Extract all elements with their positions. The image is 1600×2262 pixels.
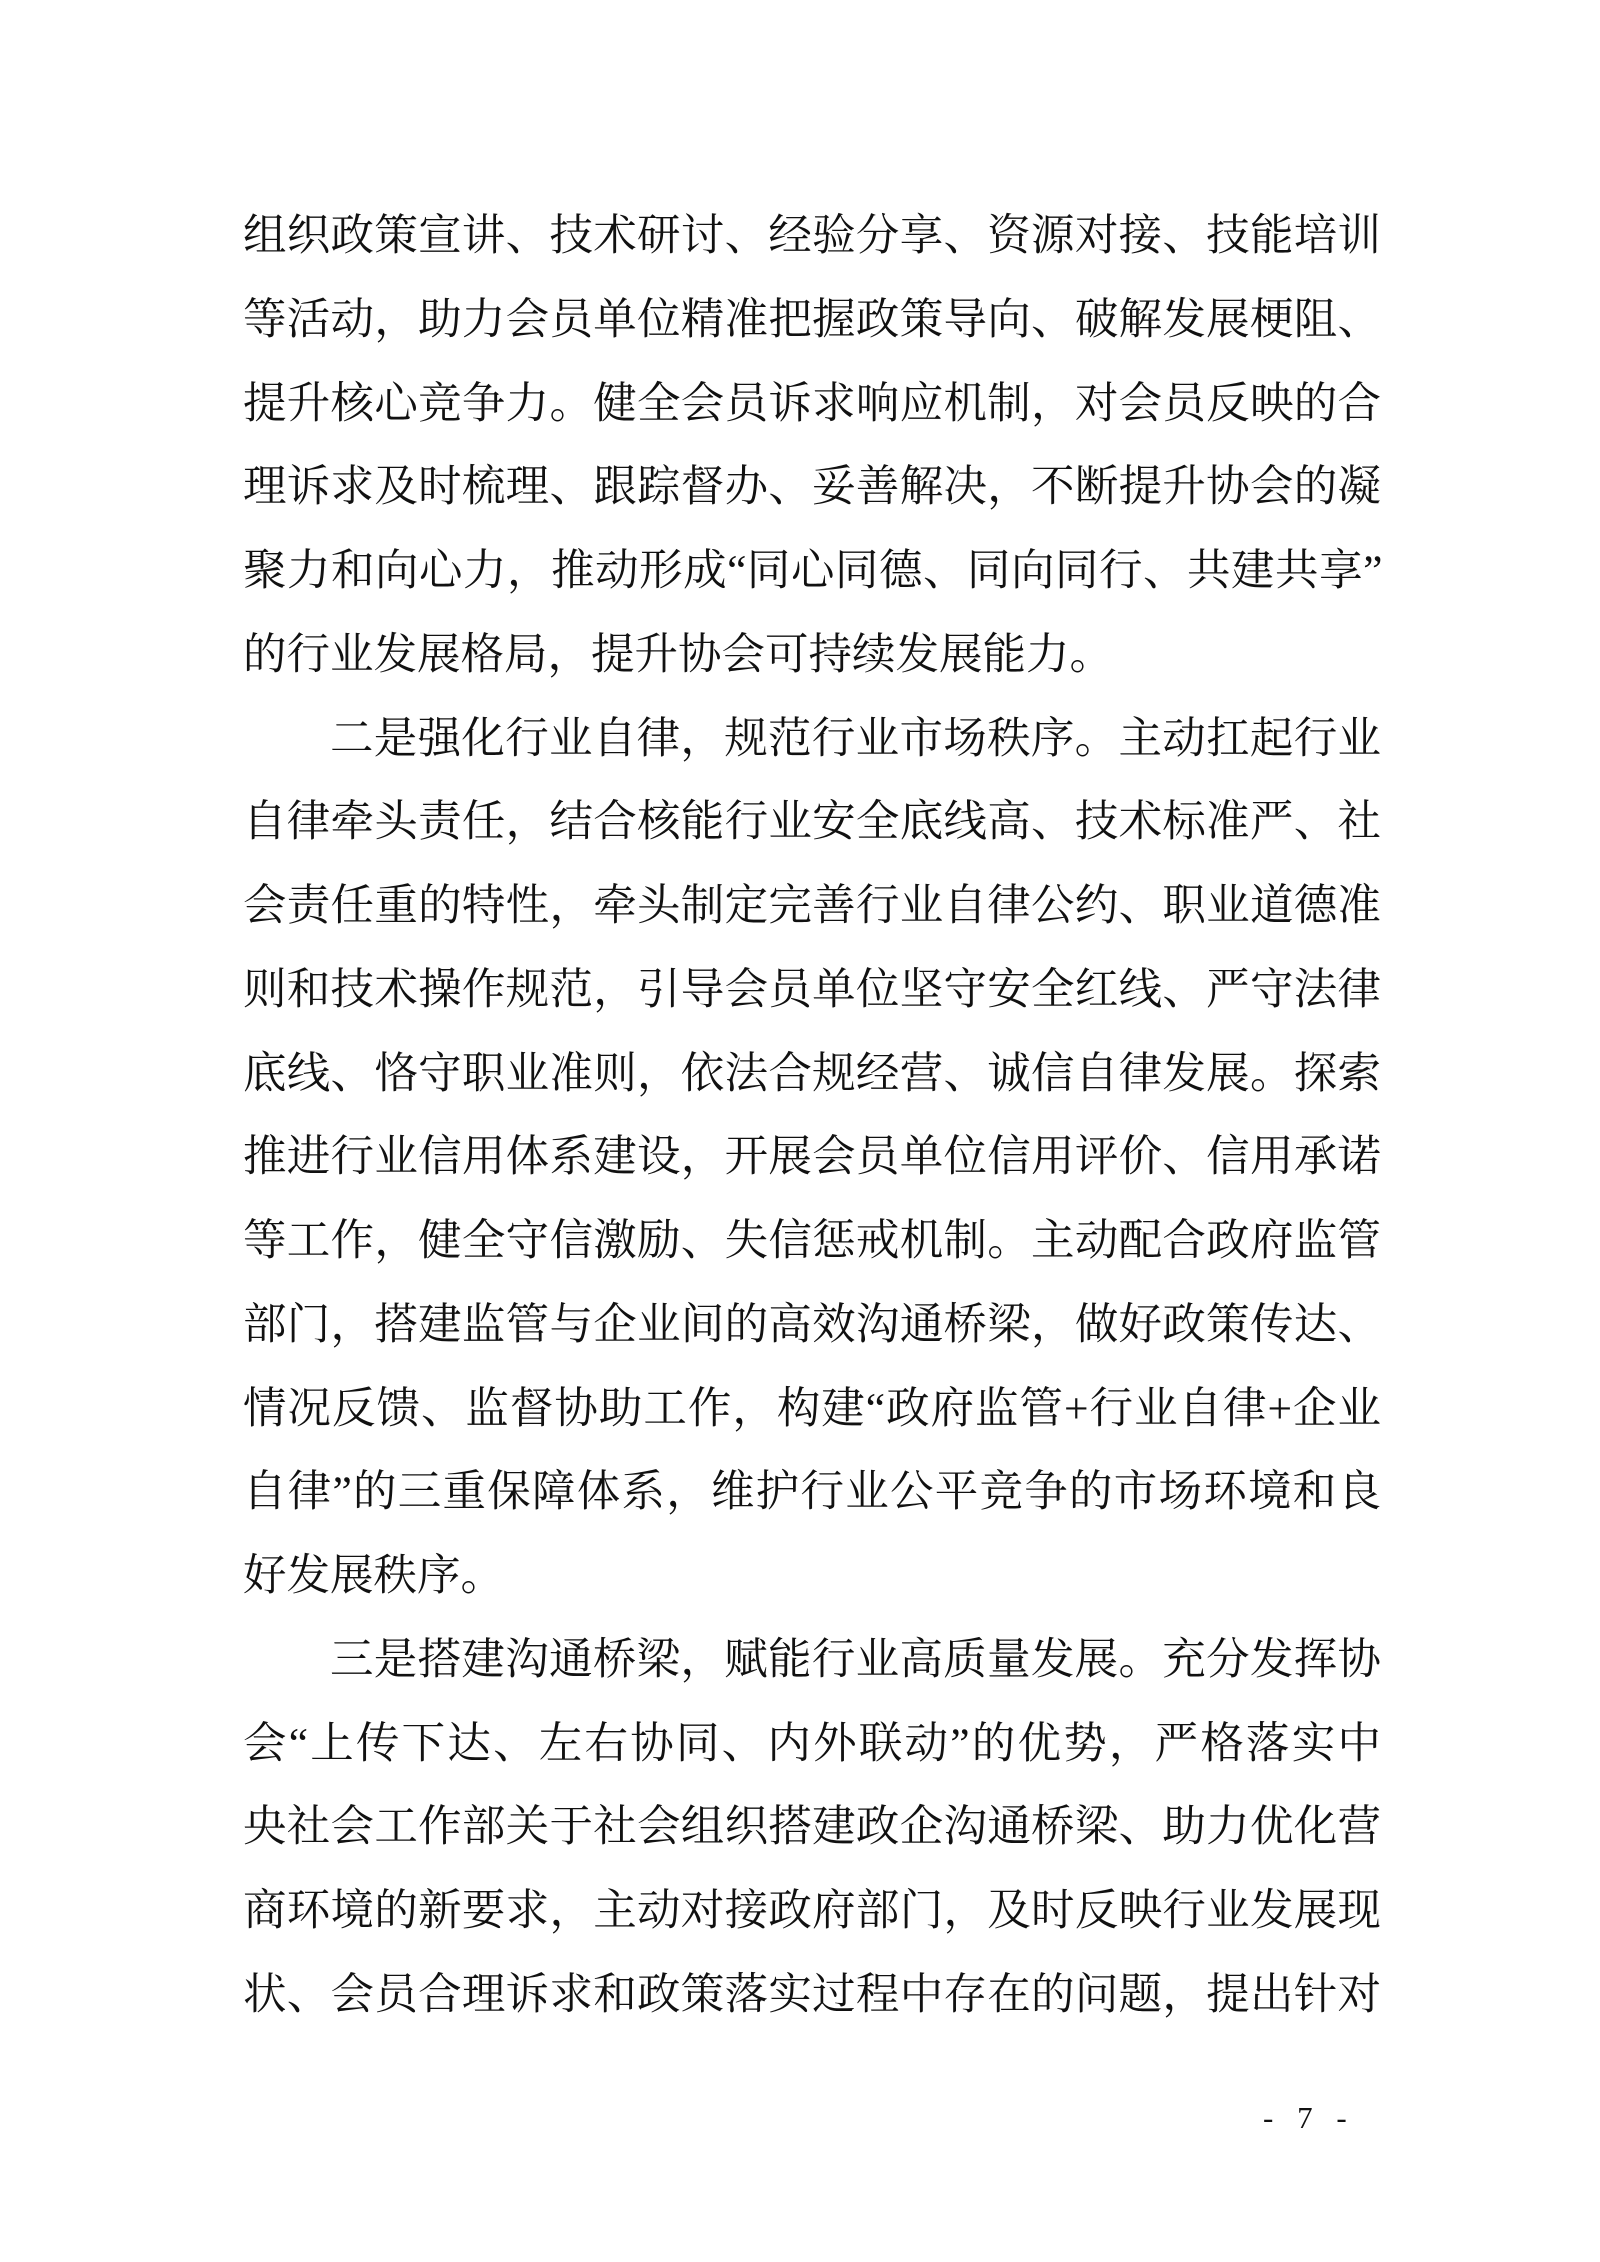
text-line: 聚力和向心力，推动形成“同心同德、同向同行、共建共享” bbox=[243, 530, 1381, 614]
text-line: 好发展秩序。 bbox=[243, 1535, 1381, 1619]
text-line: 商环境的新要求，主动对接政府部门，及时反映行业发展现 bbox=[243, 1870, 1381, 1954]
text-line: 状、会员合理诉求和政策落实过程中存在的问题，提出针对 bbox=[243, 1954, 1381, 2038]
document-page: 组织政策宣讲、技术研讨、经验分享、资源对接、技能培训等活动，助力会员单位精准把握… bbox=[0, 0, 1600, 2262]
text-line: 会“上传下达、左右协同、内外联动”的优势，严格落实中 bbox=[243, 1703, 1381, 1787]
text-line: 等活动，助力会员单位精准把握政策导向、破解发展梗阻、 bbox=[243, 279, 1381, 363]
text-line: 自律牵头责任，结合核能行业安全底线高、技术标准严、社 bbox=[243, 781, 1381, 865]
text-line: 推进行业信用体系建设，开展会员单位信用评价、信用承诺 bbox=[243, 1116, 1381, 1200]
text-line: 三是搭建沟通桥梁，赋能行业高质量发展。充分发挥协 bbox=[243, 1619, 1381, 1703]
text-line: 则和技术操作规范，引导会员单位坚守安全红线、严守法律 bbox=[243, 949, 1381, 1033]
text-line: 提升核心竞争力。健全会员诉求响应机制，对会员反映的合 bbox=[243, 363, 1381, 447]
text-line: 等工作，健全守信激励、失信惩戒机制。主动配合政府监管 bbox=[243, 1200, 1381, 1284]
text-line: 的行业发展格局，提升协会可持续发展能力。 bbox=[243, 614, 1381, 698]
text-line: 理诉求及时梳理、跟踪督办、妥善解决，不断提升协会的凝 bbox=[243, 446, 1381, 530]
text-line: 会责任重的特性，牵头制定完善行业自律公约、职业道德准 bbox=[243, 865, 1381, 949]
document-body: 组织政策宣讲、技术研讨、经验分享、资源对接、技能培训等活动，助力会员单位精准把握… bbox=[243, 195, 1381, 2038]
text-line: 情况反馈、监督协助工作，构建“政府监管+行业自律+企业 bbox=[243, 1368, 1381, 1452]
text-line: 二是强化行业自律，规范行业市场秩序。主动扛起行业 bbox=[243, 698, 1381, 782]
text-line: 自律”的三重保障体系，维护行业公平竞争的市场环境和良 bbox=[243, 1451, 1381, 1535]
page-number: - 7 - bbox=[1263, 2098, 1350, 2138]
text-line: 组织政策宣讲、技术研讨、经验分享、资源对接、技能培训 bbox=[243, 195, 1381, 279]
text-line: 部门，搭建监管与企业间的高效沟通桥梁，做好政策传达、 bbox=[243, 1284, 1381, 1368]
text-line: 底线、恪守职业准则，依法合规经营、诚信自律发展。探索 bbox=[243, 1033, 1381, 1117]
text-line: 央社会工作部关于社会组织搭建政企沟通桥梁、助力优化营 bbox=[243, 1786, 1381, 1870]
